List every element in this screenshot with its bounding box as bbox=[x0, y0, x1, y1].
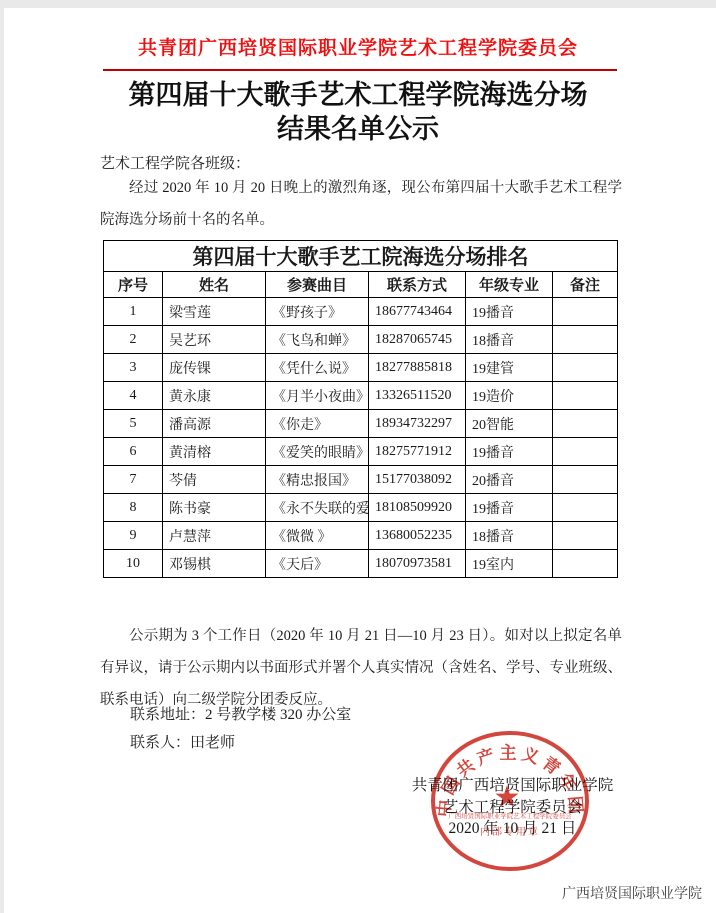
table-cell: 19播音 bbox=[466, 494, 553, 522]
table-cell: 《野孩子》 bbox=[266, 298, 369, 326]
table-cell: 卢慧萍 bbox=[163, 522, 266, 550]
document-title-line2: 结果名单公示 bbox=[0, 112, 716, 146]
table-header-cell: 序号 bbox=[104, 272, 163, 298]
table-cell: 《凭什么说》 bbox=[266, 354, 369, 382]
intro-paragraph: 经过 2020 年 10 月 20 日晚上的激烈角逐，现公布第四届十大歌手艺术工… bbox=[100, 172, 622, 236]
table-cell: 5 bbox=[104, 410, 163, 438]
table-row: 8陈书豪《永不失联的爱》1810850992019播音 bbox=[104, 494, 618, 522]
table-cell: 18播音 bbox=[466, 326, 553, 354]
table-cell: 19播音 bbox=[466, 298, 553, 326]
stamp-star-icon: ★ bbox=[494, 781, 521, 814]
notice-paragraph: 公示期为 3 个工作日（2020 年 10 月 21 日—10 月 23 日）。… bbox=[100, 620, 622, 716]
table-cell: 吴艺环 bbox=[163, 326, 266, 354]
table-header-cell: 备注 bbox=[553, 272, 618, 298]
table-cell: 18108509920 bbox=[369, 494, 466, 522]
stamp-bottom-text: 内部专用章 bbox=[480, 825, 540, 838]
table-row: 9卢慧萍《微微 》1368005223518播音 bbox=[104, 522, 618, 550]
table-title-row: 第四届十大歌手艺工院海选分场排名 bbox=[104, 241, 618, 272]
table-cell: 《飞鸟和蝉》 bbox=[266, 326, 369, 354]
table-cell bbox=[553, 382, 618, 410]
table-cell bbox=[553, 522, 618, 550]
table-cell: 18播音 bbox=[466, 522, 553, 550]
table-cell: 8 bbox=[104, 494, 163, 522]
table-cell: 18677743464 bbox=[369, 298, 466, 326]
table-cell bbox=[553, 410, 618, 438]
ranking-table-wrap: 第四届十大歌手艺工院海选分场排名 序号姓名参赛曲目联系方式年级专业备注 1梁雪莲… bbox=[103, 240, 618, 578]
table-cell: 19建管 bbox=[466, 354, 553, 382]
table-title: 第四届十大歌手艺工院海选分场排名 bbox=[104, 241, 618, 272]
table-cell: 庞传锞 bbox=[163, 354, 266, 382]
table-cell: 《天后》 bbox=[266, 550, 369, 578]
table-row: 1梁雪莲《野孩子》1867774346419播音 bbox=[104, 298, 618, 326]
table-cell: 《你走》 bbox=[266, 410, 369, 438]
table-row: 2吴艺环《飞鸟和蝉》1828706574518播音 bbox=[104, 326, 618, 354]
table-header-cell: 联系方式 bbox=[369, 272, 466, 298]
table-body: 1梁雪莲《野孩子》1867774346419播音2吴艺环《飞鸟和蝉》182870… bbox=[104, 298, 618, 578]
document-title-line1: 第四届十大歌手艺术工程学院海选分场 bbox=[0, 78, 716, 112]
table-cell bbox=[553, 298, 618, 326]
table-cell: 9 bbox=[104, 522, 163, 550]
table-row: 6黄清榕《爱笑的眼睛》1827577191219播音 bbox=[104, 438, 618, 466]
contact-address: 联系地址：2 号教学楼 320 办公室 bbox=[100, 703, 351, 724]
table-cell: 15177038092 bbox=[369, 466, 466, 494]
salutation: 艺术工程学院各班级： bbox=[100, 152, 250, 173]
table-row: 4黄永康《月半小夜曲》1332651152019造价 bbox=[104, 382, 618, 410]
table-cell: 18275771912 bbox=[369, 438, 466, 466]
table-cell: 《精忠报国》 bbox=[266, 466, 369, 494]
table-cell: 6 bbox=[104, 438, 163, 466]
table-cell: 陈书豪 bbox=[163, 494, 266, 522]
table-cell: 黄永康 bbox=[163, 382, 266, 410]
table-cell: 10 bbox=[104, 550, 163, 578]
table-cell bbox=[553, 466, 618, 494]
table-header-row: 序号姓名参赛曲目联系方式年级专业备注 bbox=[104, 272, 618, 298]
table-cell bbox=[553, 438, 618, 466]
table-header-cell: 年级专业 bbox=[466, 272, 553, 298]
table-cell: 《永不失联的爱》 bbox=[266, 494, 369, 522]
table-header-cell: 姓名 bbox=[163, 272, 266, 298]
table-cell: 潘高源 bbox=[163, 410, 266, 438]
table-cell: 19播音 bbox=[466, 438, 553, 466]
ranking-table: 第四届十大歌手艺工院海选分场排名 序号姓名参赛曲目联系方式年级专业备注 1梁雪莲… bbox=[103, 240, 618, 578]
table-row: 3庞传锞《凭什么说》1827788581819建管 bbox=[104, 354, 618, 382]
table-row: 10邓锡棋《天后》1807097358119室内 bbox=[104, 550, 618, 578]
contact-person: 联系人：田老师 bbox=[100, 731, 235, 752]
org-header: 共青团广西培贤国际职业学院艺术工程学院委员会 bbox=[0, 33, 716, 60]
table-row: 5潘高源《你走》1893473229720智能 bbox=[104, 410, 618, 438]
table-cell bbox=[553, 494, 618, 522]
table-cell: 《爱笑的眼睛》 bbox=[266, 438, 369, 466]
header-rule bbox=[103, 69, 617, 71]
table-cell: 7 bbox=[104, 466, 163, 494]
table-cell: 18277885818 bbox=[369, 354, 466, 382]
table-cell: 18287065745 bbox=[369, 326, 466, 354]
table-cell: 《月半小夜曲》 bbox=[266, 382, 369, 410]
table-row: 7芩倩《精忠报国》1517703809220播音 bbox=[104, 466, 618, 494]
document-page: 共青团广西培贤国际职业学院艺术工程学院委员会 第四届十大歌手艺术工程学院海选分场… bbox=[0, 0, 716, 913]
table-cell: 4 bbox=[104, 382, 163, 410]
table-header-cell: 参赛曲目 bbox=[266, 272, 369, 298]
table-cell: 1 bbox=[104, 298, 163, 326]
table-cell bbox=[553, 326, 618, 354]
stamp-inner-arc-text: 广西培贤国际职业学院艺术工程学院委员会 bbox=[448, 811, 572, 820]
table-cell bbox=[553, 550, 618, 578]
table-cell: 梁雪莲 bbox=[163, 298, 266, 326]
table-cell: 2 bbox=[104, 326, 163, 354]
table-cell: 《微微 》 bbox=[266, 522, 369, 550]
table-cell: 芩倩 bbox=[163, 466, 266, 494]
official-stamp: 中国共产主义青年团 ★ 广西培贤国际职业学院艺术工程学院委员会 内部专用章 bbox=[428, 728, 592, 876]
table-cell: 13326511520 bbox=[369, 382, 466, 410]
table-cell bbox=[553, 354, 618, 382]
site-watermark: 广西培贤国际职业学院 bbox=[562, 883, 702, 903]
table-cell: 19室内 bbox=[466, 550, 553, 578]
table-cell: 19造价 bbox=[466, 382, 553, 410]
table-cell: 13680052235 bbox=[369, 522, 466, 550]
table-cell: 邓锡棋 bbox=[163, 550, 266, 578]
table-cell: 20智能 bbox=[466, 410, 553, 438]
table-cell: 3 bbox=[104, 354, 163, 382]
document-title: 第四届十大歌手艺术工程学院海选分场 结果名单公示 bbox=[0, 78, 716, 146]
table-cell: 18070973581 bbox=[369, 550, 466, 578]
table-cell: 18934732297 bbox=[369, 410, 466, 438]
table-cell: 黄清榕 bbox=[163, 438, 266, 466]
table-cell: 20播音 bbox=[466, 466, 553, 494]
